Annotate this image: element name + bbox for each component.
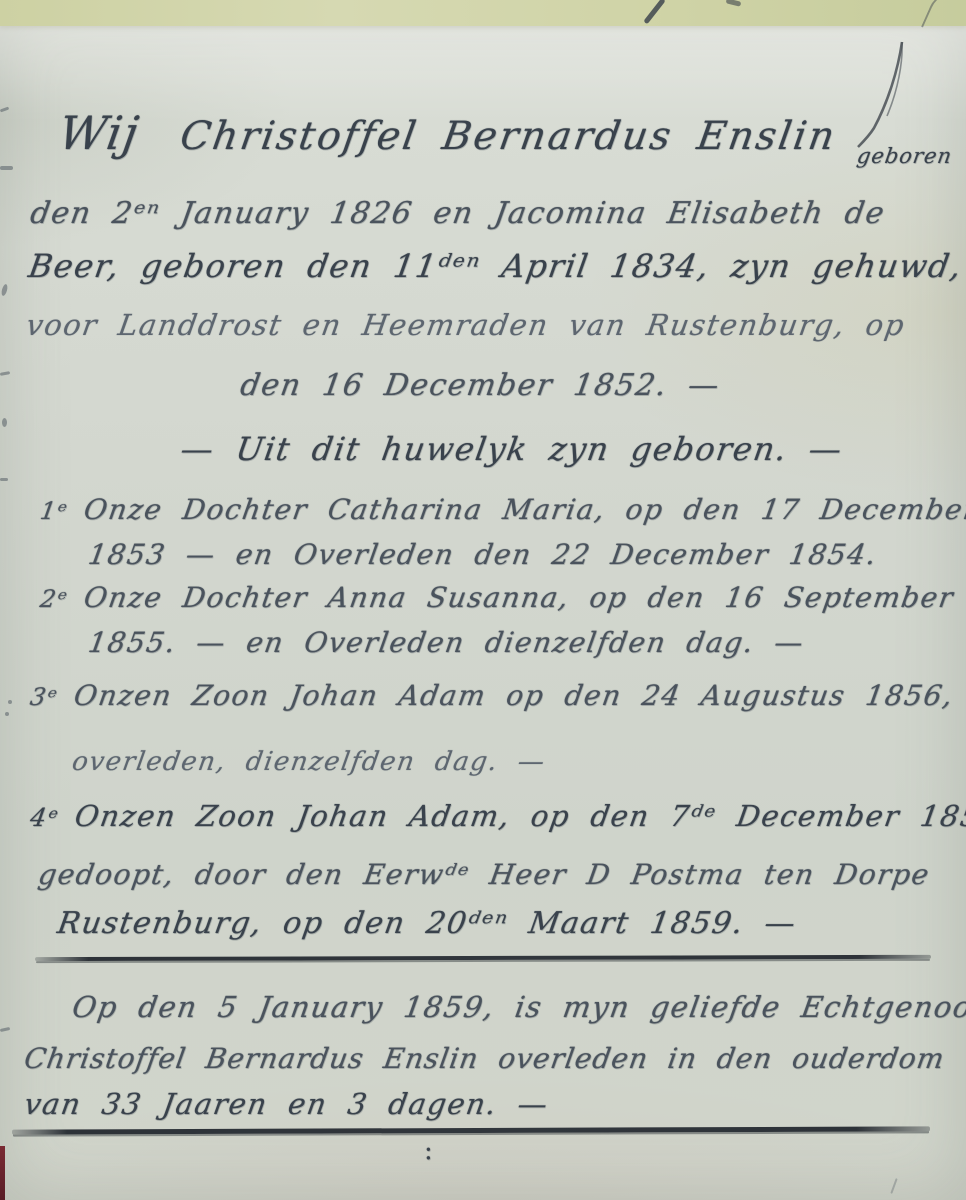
binding-speck [1,284,9,297]
separator-rule-2 [12,1126,930,1134]
death-note-line-2: Christoffel Bernardus Enslin overleden i… [22,1042,947,1075]
child-entry-1-number: 1ᵉ [38,497,70,525]
children-intro-line: — Uit dit huwelyk zyn geboren. — [178,430,846,468]
heading-born-word: geboren [855,144,954,168]
page-top-edge-band [0,0,966,26]
child-entry-2-line-1: 2ᵉOnze Dochter Anna Susanna, op den 16 S… [38,581,957,614]
marriage-date-line: den 16 December 1852. — [238,368,723,403]
child-entry-4-line-3: Rustenburg, op den 20ᵈᵉⁿ Maart 1859. — [55,906,799,941]
child-entry-1-text: Onze Dochter Catharina Maria, op den 17 … [82,493,966,526]
child-entry-3-line-1: 3ᵉOnzen Zoon Johan Adam op den 24 August… [28,679,966,712]
death-note-line-3: van 33 Jaaren en 3 dagen. — [22,1087,551,1121]
child-entry-3-number: 3ᵉ [28,683,60,711]
child-entry-1-line-2: 1853 — en Overleden den 22 December 1854… [86,538,880,571]
heading-line-4: voor Landdrost en Heemraden van Rustenbu… [24,308,908,342]
child-entry-2-text: Onze Dochter Anna Susanna, op den 16 Sep… [82,581,957,614]
heading-line-1: WijChristoffel Bernardus Enslingeboren [55,106,960,160]
separator-rule-1 [35,955,931,961]
child-entry-3-line-2: overleden, dienzelfden dag. — [70,747,548,777]
heading-line-2: den 2ᵉⁿ January 1826 en Jacomina Elisabe… [28,196,888,231]
death-note-line-1: Op den 5 January 1859, is myn geliefde E… [70,990,966,1024]
heading-line-3: Beer, geboren den 11ᵈᵉⁿ April 1834, zyn … [26,247,965,285]
end-colon-mark: : [424,1136,434,1166]
child-entry-4-line-2: gedoopt, door den Eerwᵈᵉ Heer D Postma t… [36,858,932,891]
child-entry-4-text: Onzen Zoon Johan Adam, op den 7ᵈᵉ Decemb… [73,799,966,833]
binding-speck [0,107,9,113]
binding-speck [0,166,13,170]
heading-salutation: Wij [55,106,144,160]
child-entry-1-line-1: 1ᵉOnze Dochter Catharina Maria, op den 1… [38,493,966,526]
heading-husband-name: Christoffel Bernardus Enslin [177,114,840,159]
child-entry-2-line-2: 1855. — en Overleden dienzelfden dag. — [86,626,807,659]
binding-speck [0,371,10,376]
binding-speck [2,418,7,427]
child-entry-3-text: Onzen Zoon Johan Adam op den 24 Augustus… [72,679,966,712]
binding-speck [5,712,9,716]
child-entry-4-number: 4ᵉ [28,803,61,832]
child-entry-4-line-1: 4ᵉOnzen Zoon Johan Adam, op den 7ᵈᵉ Dece… [28,799,966,833]
binding-red-strip [0,1146,5,1200]
binding-speck [890,1178,897,1194]
binding-speck [0,478,8,481]
binding-speck [8,700,12,704]
document-page: WijChristoffel Bernardus Enslingeboren d… [0,0,966,1200]
child-entry-2-number: 2ᵉ [38,585,70,613]
binding-speck [0,1027,10,1032]
